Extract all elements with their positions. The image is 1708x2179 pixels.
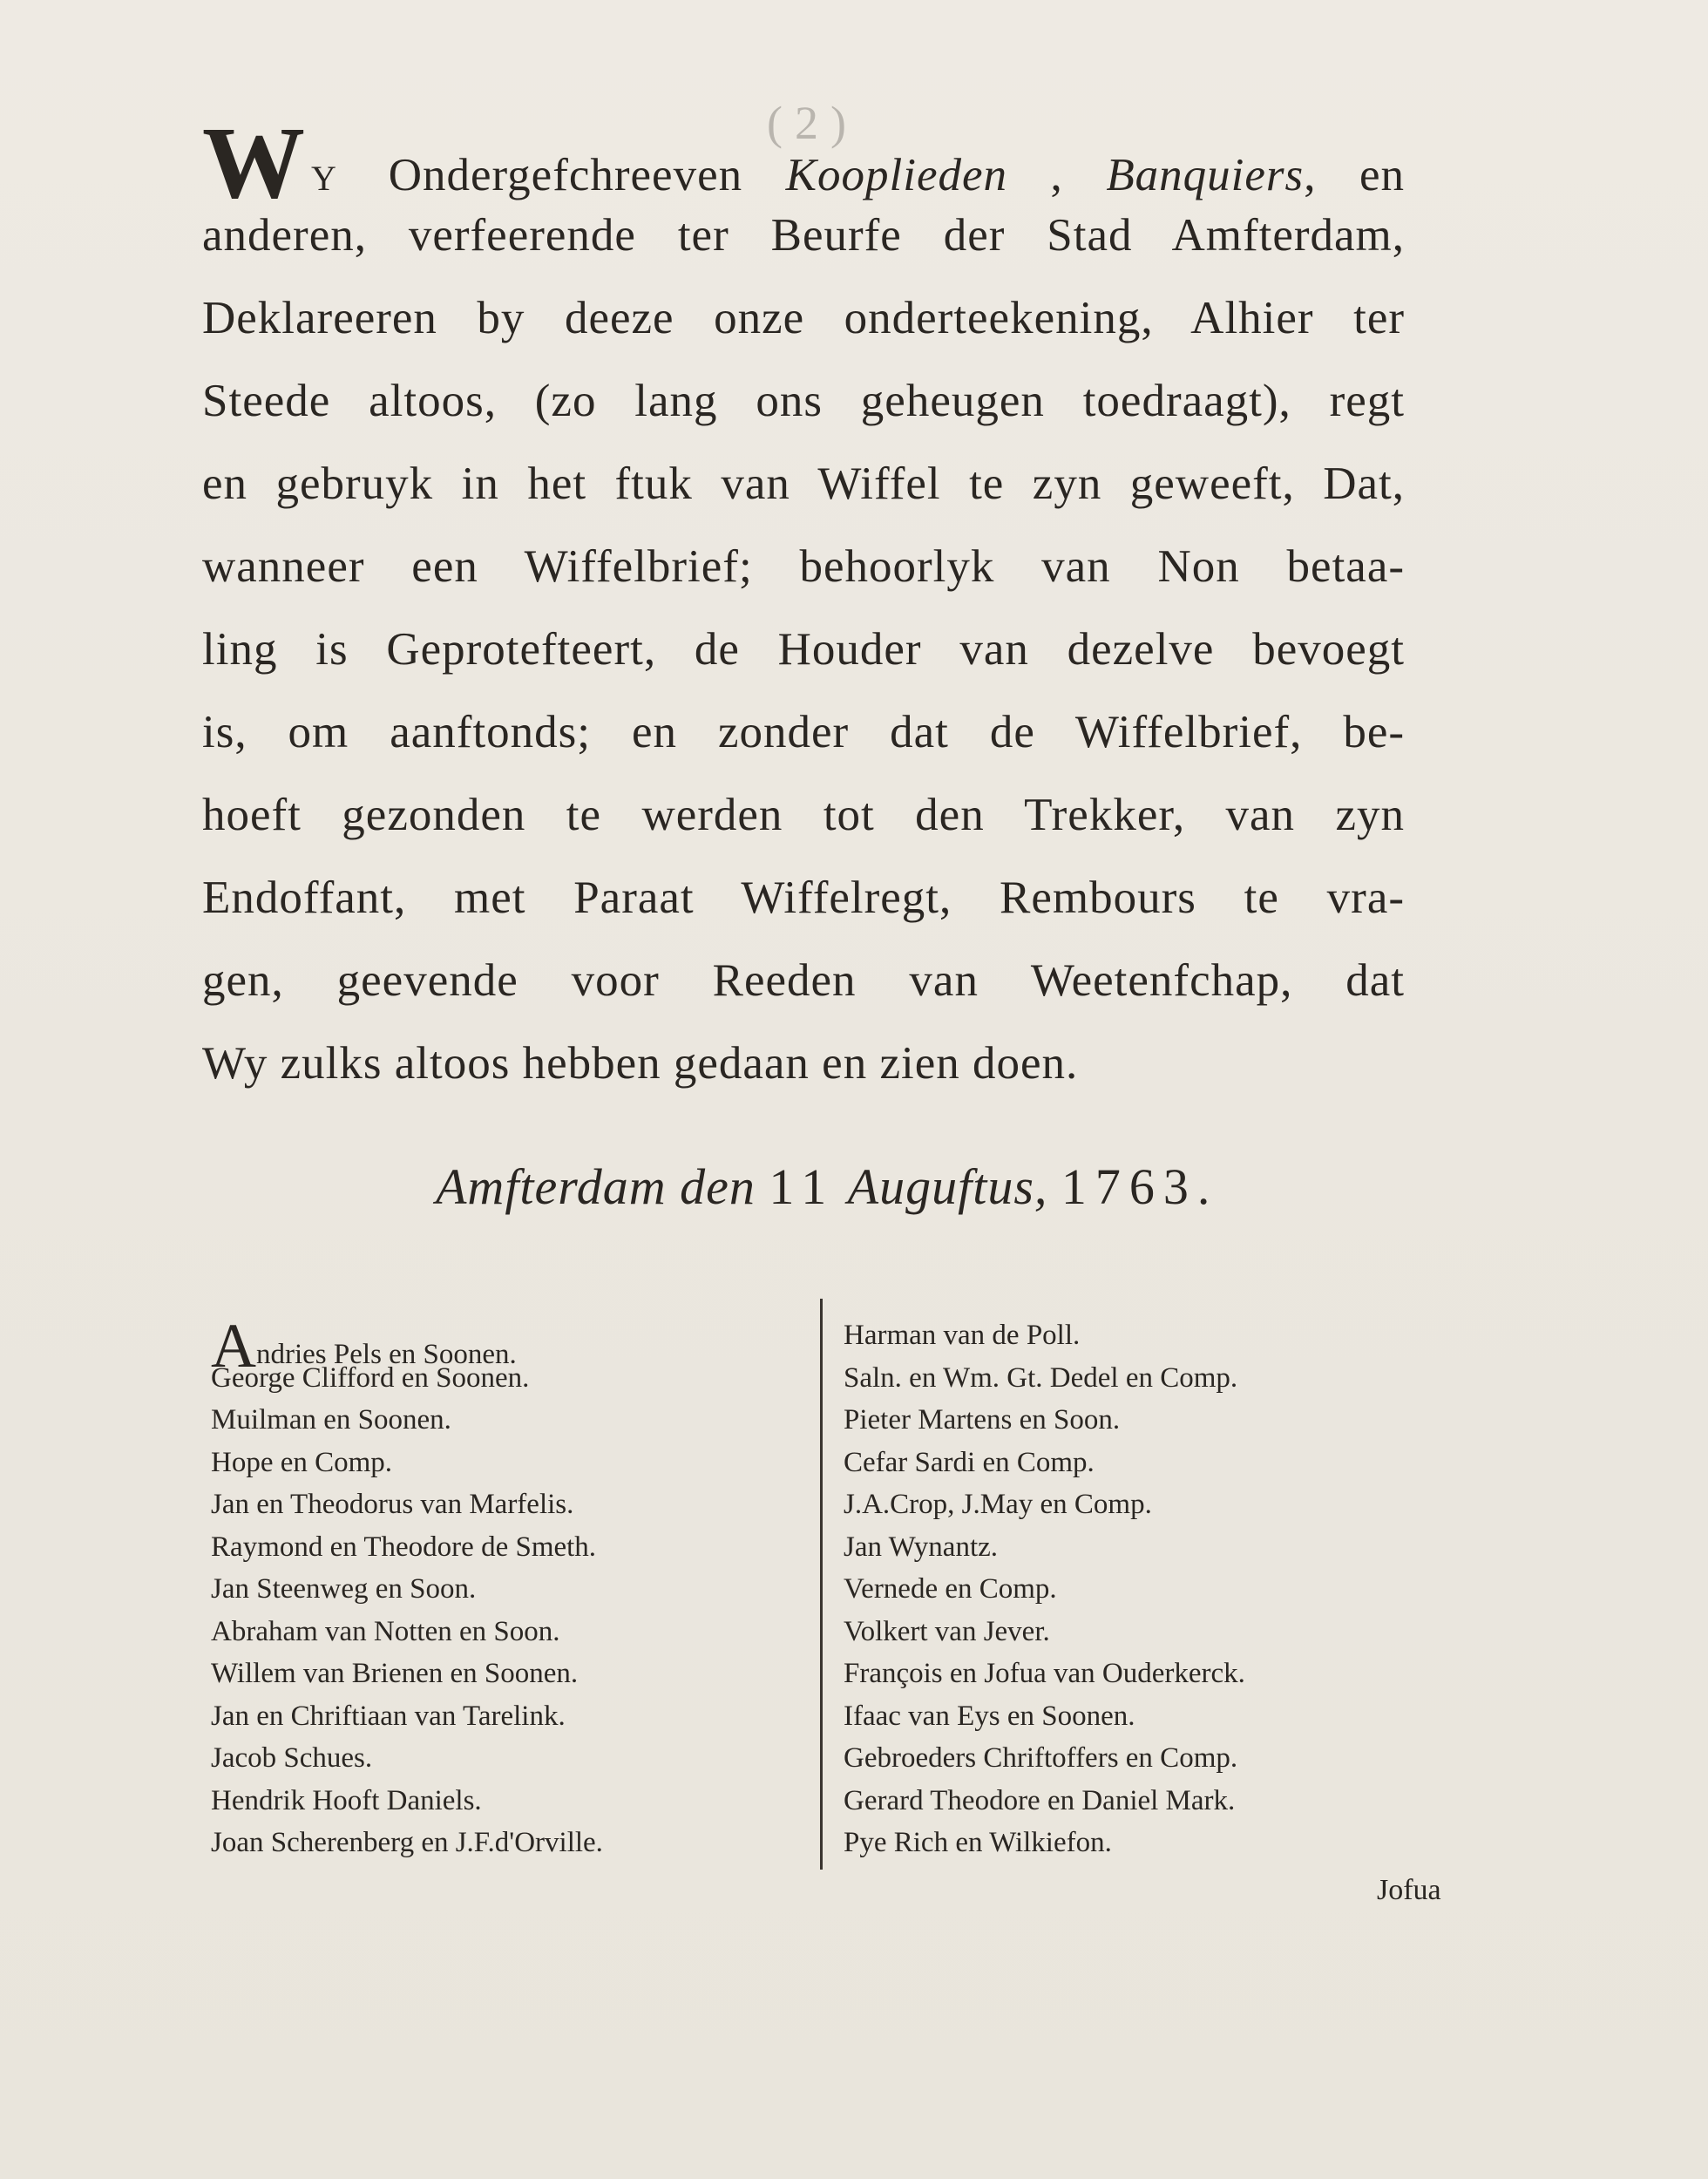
dateline-month: Auguftus, (848, 1158, 1048, 1215)
declaration-line: is, om aanftonds; en zonder dat de Wiffe… (202, 691, 1405, 774)
signatory: Gebroeders Chriftoffers en Comp. (844, 1737, 1471, 1780)
declaration-line-1: WY Ondergefchreeven Kooplieden , Banquie… (202, 112, 1405, 194)
signatory: Joan Scherenberg en J.F.d'Orville. (211, 1822, 812, 1864)
declaration-line: Steede altoos, (zo lang ons geheugen toe… (202, 360, 1405, 443)
signatory: J.A.Crop, J.May en Comp. (844, 1483, 1471, 1526)
signatory: Jan Steenweg en Soon. (211, 1568, 812, 1611)
declaration-line: ling is Geprotefteert, de Houder van dez… (202, 608, 1405, 691)
line-segment-italic: Kooplieden (786, 150, 1007, 200)
declaration-line: Endoffant, met Paraat Wiffelregt, Rembou… (202, 857, 1405, 940)
signatory: Harman van de Poll. (844, 1314, 1471, 1357)
declaration-line: hoeft gezonden te werden tot den Trekker… (202, 774, 1405, 857)
signatories-left-column: Andries Pels en Soonen. George Clifford … (211, 1314, 812, 1864)
declaration-text: WY Ondergefchreeven Kooplieden , Banquie… (202, 112, 1405, 1105)
signatory: Cefar Sardi en Comp. (844, 1442, 1471, 1484)
signatory: Andries Pels en Soonen. (211, 1314, 812, 1357)
signatory: George Clifford en Soonen. (211, 1357, 812, 1400)
signatory: Saln. en Wm. Gt. Dedel en Comp. (844, 1357, 1471, 1400)
declaration-line: wanneer een Wiffelbrief; behoorlyk van N… (202, 526, 1405, 608)
signatory: Jacob Schues. (211, 1737, 812, 1780)
signatory: Hendrik Hooft Daniels. (211, 1780, 812, 1823)
signatory: Hope en Comp. (211, 1442, 812, 1484)
signatory: Pieter Martens en Soon. (844, 1399, 1471, 1442)
declaration-line: Wy zulks altoos hebben gedaan en zien do… (202, 1022, 1405, 1105)
dateline: Amfterdam den 11 Auguftus, 1763. (436, 1157, 1255, 1216)
dateline-day: 11 (769, 1158, 835, 1215)
signatory: Vernede en Comp. (844, 1568, 1471, 1611)
signatory: Raymond en Theodore de Smeth. (211, 1526, 812, 1569)
signatory: Jan en Chriftiaan van Tarelink. (211, 1695, 812, 1738)
column-divider (820, 1299, 823, 1870)
signatory: Pye Rich en Wilkiefon. (844, 1822, 1471, 1864)
line-segment-italic: Banquiers (1106, 150, 1304, 200)
signatory: François en Jofua van Ouderkerck. (844, 1653, 1471, 1695)
declaration-line: gen, geevende voor Reeden van Weetenfcha… (202, 940, 1405, 1022)
declaration-line: en gebruyk in het ftuk van Wiffel te zyn… (202, 443, 1405, 526)
signatories-right-column: Harman van de Poll. Saln. en Wm. Gt. Ded… (844, 1314, 1471, 1864)
declaration-line: anderen, verfeerende ter Beurfe der Stad… (202, 194, 1405, 277)
signatory: Gerard Theodore en Daniel Mark. (844, 1780, 1471, 1823)
signatory: Willem van Brienen en Soonen. (211, 1653, 812, 1695)
line-segment: Y (311, 159, 376, 198)
line-segment: Ondergefchreeven (389, 150, 786, 200)
catchword: Jofua (1377, 1874, 1441, 1907)
dateline-place: Amfterdam den (436, 1158, 756, 1215)
signatory: Jan en Theodorus van Marfelis. (211, 1483, 812, 1526)
signatory: Ifaac van Eys en Soonen. (844, 1695, 1471, 1738)
signatory: Volkert van Jever. (844, 1611, 1471, 1653)
line-segment: , (1007, 150, 1106, 200)
signatory: Jan Wynantz. (844, 1526, 1471, 1569)
declaration-line: Deklareeren by deeze onze onderteekening… (202, 277, 1405, 360)
dateline-year: 1763. (1061, 1158, 1219, 1215)
signatory: Muilman en Soonen. (211, 1399, 812, 1442)
document-page: (2) WY Ondergefchreeven Kooplieden , Ban… (0, 0, 1708, 2179)
signatory: Abraham van Notten en Soon. (211, 1611, 812, 1653)
line-segment: , en (1304, 150, 1405, 200)
